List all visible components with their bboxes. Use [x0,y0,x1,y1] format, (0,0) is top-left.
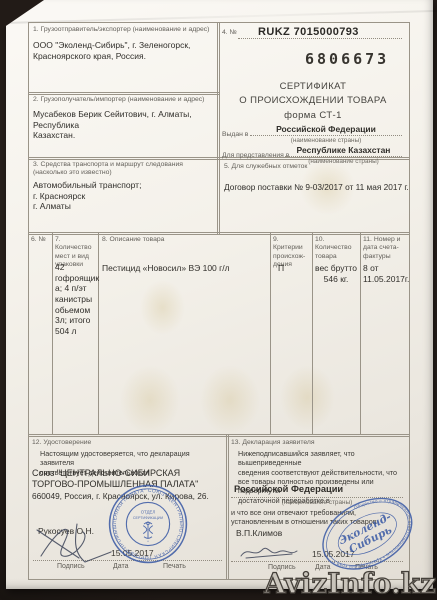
cell-description: Пестицид «Новосил» ВЭ 100 г/л [102,263,267,274]
cell-qty-packages: 42 гофроящик а; 4 п/эт канистры обьемом … [55,262,97,336]
watermark-avizinfo: AvizInfo.kz [264,567,436,600]
certificate-number: RUKZ 7015000793 [258,26,359,38]
table-column-divider [52,232,53,435]
table-header-8: 8. Описание товара [102,236,262,244]
round-stamp-inner-top: ОТДЕЛ [141,510,156,515]
table-header-6: 6. № [31,236,51,244]
title-line3: форма СТ-1 [222,109,404,123]
box4-label: 4. № [222,29,237,37]
box2-label: 2. Грузополучатель/импортер (наименовани… [33,96,215,104]
box5-value: Договор поставки № 9-03/2017 от 11 мая 2… [224,182,406,192]
box12-seal-label: Печать [163,563,186,570]
issued-in-hint: (наименование страны) [250,137,402,144]
box13-country: Российской Федерации [234,484,343,496]
cell-invoice: 8 от 11.05.2017г. [363,263,406,284]
blank-serial-number: 6806673 [305,50,389,68]
round-stamp-chamber: СОЮЗ "ЦЕНТРАЛЬНО-СИБИРСКАЯ ТОРГОВО-ПРОМЫ… [108,484,188,564]
table-column-divider [270,232,271,435]
box4-number-line [238,38,402,39]
table-header-11: 11. Номер и дата счета-фактуры [363,236,405,261]
issued-in-label: Выдан в [222,131,248,139]
round-stamp-inner-bottom: СЕРТИФИКАЦИИ [133,516,164,520]
photo-background: 1. Грузоотправитель/экспортер (наименова… [0,0,437,600]
box5-label: 5. Для служебных отметок [224,163,307,171]
box3-value: Автомобильный транспорт; г. Красноярск г… [33,180,215,212]
table-header-10: 10. Количество товара [315,236,357,261]
signature-right [238,543,300,563]
signature-left [33,518,115,566]
title-line2: О ПРОИСХОЖДЕНИИ ТОВАРА [222,94,404,108]
box12-label: 12. Удостоверение [32,439,91,447]
box3-label: 3. Средства транспорта и маршрут следова… [33,161,215,178]
table-column-divider [360,232,361,435]
box1-label: 1. Грузоотправитель/экспортер (наименова… [33,26,215,34]
certificate-title: СЕРТИФИКАТ О ПРОИСХОЖДЕНИИ ТОВАРА форма … [222,80,404,123]
box2-value: Мусабеков Берик Сейитович, г. Алматы, Ре… [33,109,215,141]
box13-label: 13. Декларация заявителя [231,439,315,447]
issued-in-value: Российской Федерации [250,124,402,136]
box12-date-label: Дата [113,563,129,570]
box13-signer-name: В.П.Климов [236,528,282,538]
round-stamp-star: * [147,539,149,544]
presented-value: Республике Казахстан [285,145,402,157]
caduceus-icon [143,522,153,538]
presented-label: Для представления в [222,152,289,160]
cell-origin-criteria: П [278,263,284,274]
box1-value: ООО "Эколенд-Сибирь", г. Зеленогорск, Кр… [33,40,215,61]
cell-quantity: вес брутто 546 кг. [313,263,359,284]
table-column-divider [98,232,99,435]
title-line1: СЕРТИФИКАТ [222,80,404,94]
